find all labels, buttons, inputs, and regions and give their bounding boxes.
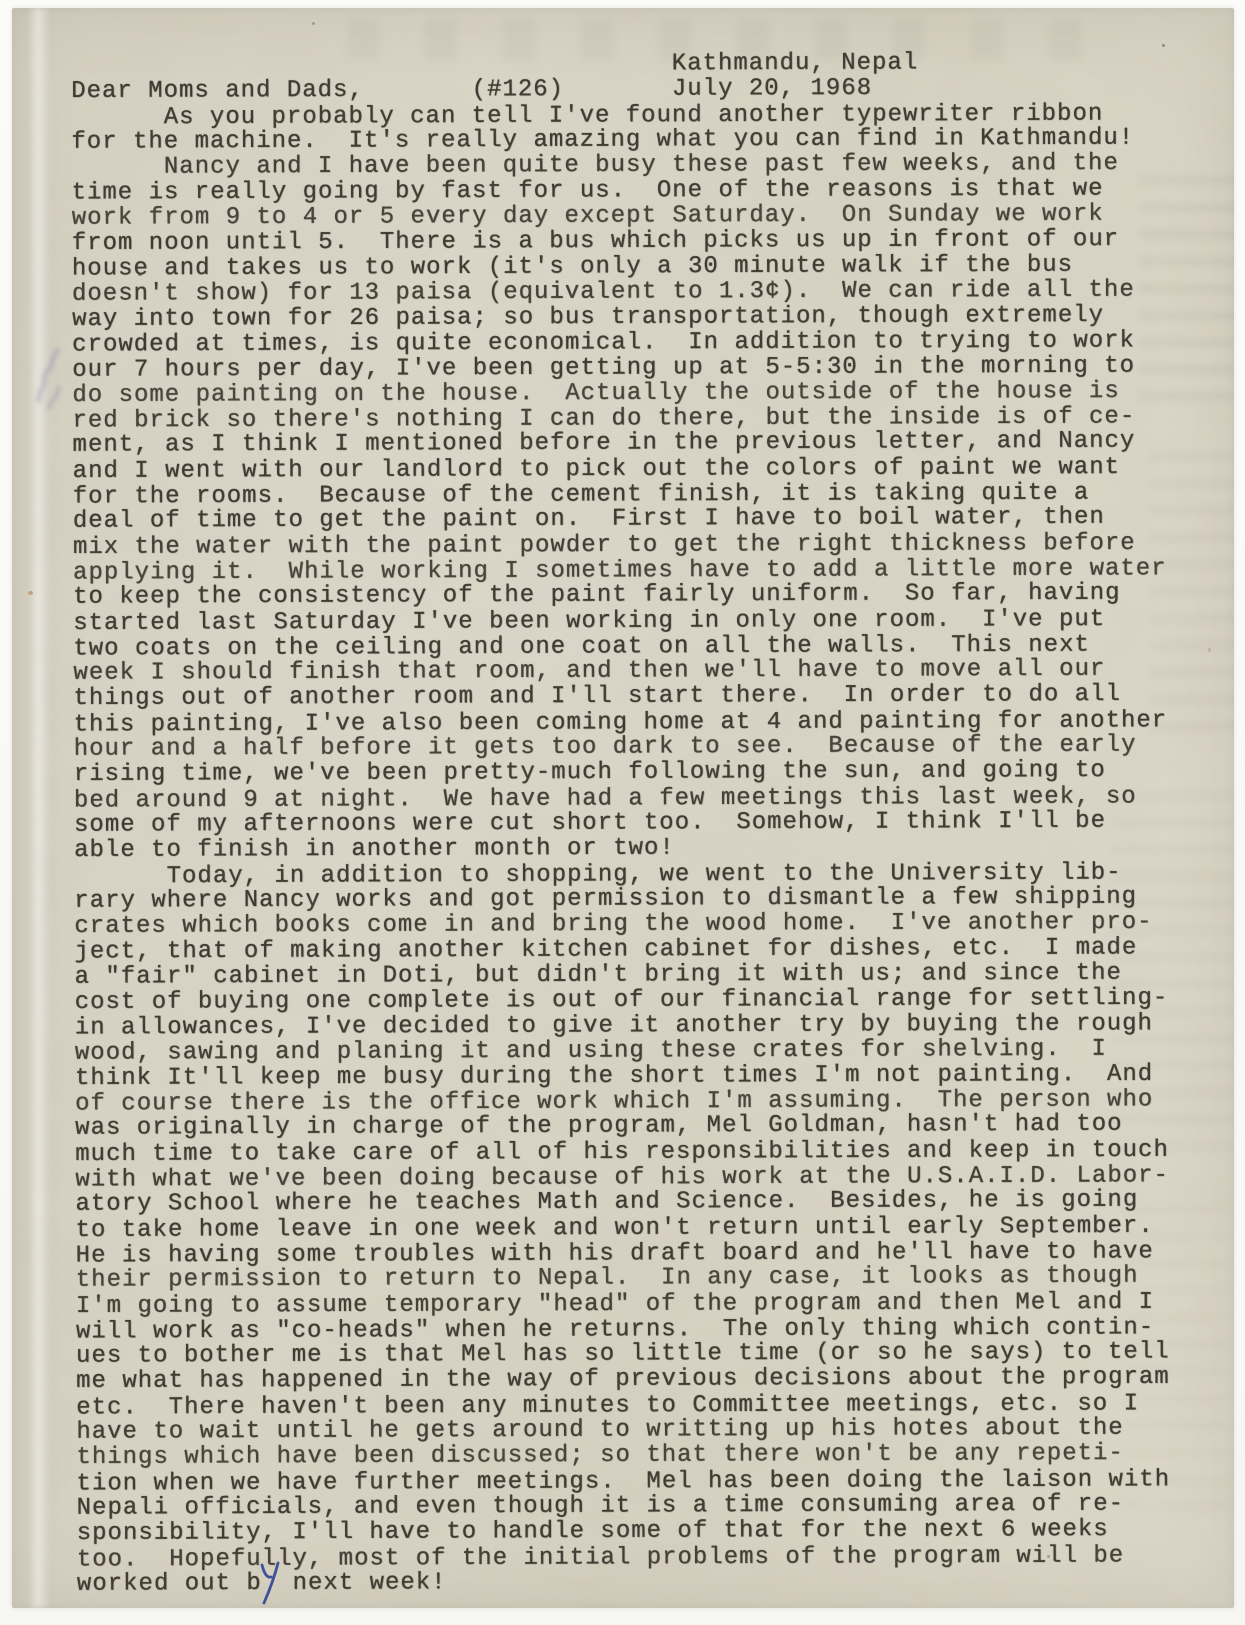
letter-line: hour and a half before it gets too dark … — [74, 732, 1214, 762]
ink-speck — [28, 591, 33, 595]
ink-speck — [1208, 648, 1211, 652]
ink-speck — [138, 273, 142, 276]
letter-line: to keep the consistency of the paint fai… — [73, 581, 1213, 611]
letter-line: Kathmandu, Nepal — [71, 49, 1211, 79]
letter-line: atory School where he teaches Math and S… — [75, 1188, 1215, 1218]
ink-speck — [1162, 44, 1165, 47]
paper-crease — [28, 8, 50, 1608]
letter-line: ues to bother me is that Mel has so litt… — [76, 1339, 1216, 1369]
ink-speck — [312, 22, 315, 25]
letter-line: worked out b next week! — [77, 1567, 1217, 1597]
letter-line: doesn't show) for 13 paisa (equivalent t… — [72, 277, 1212, 307]
letter-text: Kathmandu, NepalDear Moms and Dads, (#12… — [71, 50, 1217, 1597]
letter-line: some of my afternoons were cut short too… — [74, 808, 1214, 838]
letter-line: week I should finish that room, and then… — [73, 656, 1213, 686]
letter-line: wood, sawing and planing it and using th… — [75, 1036, 1215, 1066]
ink-speck — [1047, 1555, 1050, 1558]
letter-line: was originally in charge of the program,… — [75, 1112, 1215, 1142]
letter-line: Nepali officials, and even though it is … — [77, 1491, 1217, 1521]
letter-page: Kathmandu, NepalDear Moms and Dads, (#12… — [12, 8, 1234, 1608]
letter-line: a "fair" cabinet in Doti, but didn't bri… — [75, 960, 1215, 990]
handwritten-y-correction — [258, 1561, 284, 1607]
letter-line: work from 9 to 4 or 5 every day except S… — [72, 201, 1212, 231]
letter-line: ment, as I think I mentioned before in t… — [72, 429, 1212, 459]
